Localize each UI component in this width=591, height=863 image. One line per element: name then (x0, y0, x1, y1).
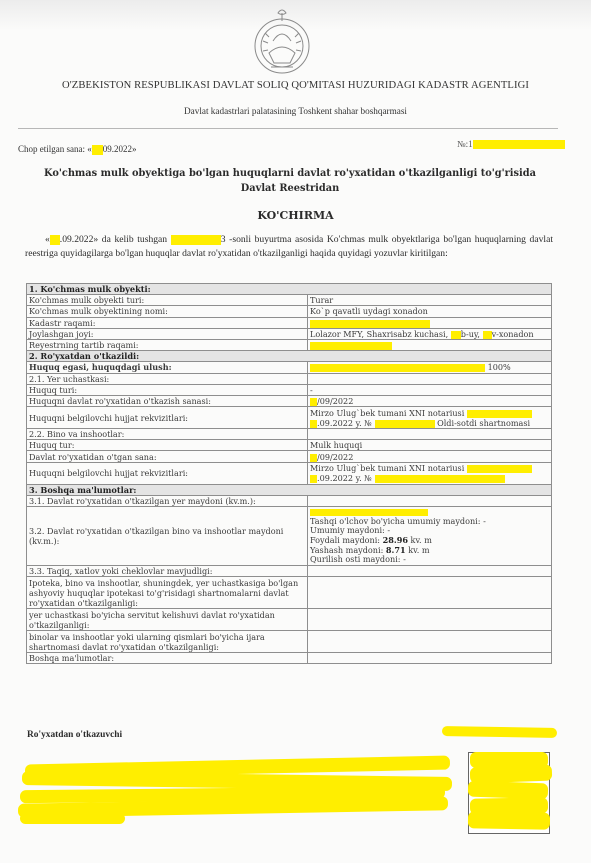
table-row: Huquqni belgilovchi hujjat rekvizitlari:… (27, 407, 552, 429)
redaction (171, 235, 221, 245)
redaction (92, 145, 103, 155)
document-number: №:1 (457, 139, 565, 149)
document-type: KO'CHIRMA (0, 209, 591, 222)
redaction (310, 342, 392, 350)
table-row: Huquq turi:- (27, 384, 552, 395)
section-header: 2. Ro'yxatdan o'tkazildi: (27, 351, 552, 362)
table-row: 3.1. Davlat ro'yxatidan o'tkazilgan yer … (27, 495, 552, 506)
table-row: Davlat ro'yxatidan o'tgan sana:/09/2022 (27, 451, 552, 462)
table-row: Joylashgan joyi: Lolazor MFY, Shaxrisabz… (27, 328, 552, 339)
redaction (468, 811, 550, 829)
table-row: Ko'chmas mulk obyektining nomi:Ko`p qava… (27, 306, 552, 317)
table-row: Huquq egasi, huquqdagi ulush: 100% (27, 362, 552, 373)
redaction (310, 509, 428, 516)
useful-area-value: 28.96 (383, 535, 408, 545)
redaction (310, 398, 317, 406)
table-row: Ipoteka, bino va inshootlar, shuningdek,… (27, 577, 552, 609)
table-row: Boshqa ma'lumotlar: (27, 653, 552, 664)
registrar-label: Ro'yxatdan o'tkazuvchi (27, 730, 122, 740)
owner-share: 100% (488, 362, 511, 372)
table-row: Huquqni davlat ro'yxatidan o'tkazish san… (27, 395, 552, 406)
print-date-value: 09.2022» (103, 144, 137, 154)
redaction (310, 320, 430, 328)
table-row: Huquq tur:Mulk huquqi (27, 440, 552, 451)
section-header: 1. Ko'chmas mulk obyekti: (27, 284, 552, 295)
state-emblem-icon (251, 5, 313, 77)
table-row: yer uchastkasi bo'yicha servitut kelishu… (27, 609, 552, 631)
redaction (451, 331, 461, 339)
table-row: Ko'chmas mulk obyekti turi:Turar (27, 295, 552, 306)
redaction (310, 454, 317, 462)
redaction (375, 475, 505, 483)
table-row: 2.2. Bino va inshootlar: (27, 429, 552, 440)
owner-value: 100% (308, 362, 552, 373)
intro-date: .09.2022» da kelib tushgan (60, 234, 167, 245)
redaction (310, 475, 317, 483)
table-row: Huquqni belgilovchi hujjat rekvizitlari:… (27, 462, 552, 484)
document-page: O'ZBEKISTON RESPUBLIKASI DAVLAT SOLIQ QO… (0, 0, 591, 863)
print-date-label: Chop etilgan sana: « (18, 144, 92, 154)
redaction (442, 726, 557, 738)
table-row: 3.3. Taqiq, xatlov yoki cheklovlar mavju… (27, 566, 552, 577)
redaction (310, 420, 317, 428)
living-area-value: 8.71 (386, 545, 406, 555)
table-row: Reyestrning tartib raqami: (27, 339, 552, 350)
intro-paragraph: «.09.2022» da kelib tushgan 3 -sonli buy… (25, 233, 553, 261)
table-row: Kadastr raqami: (27, 317, 552, 328)
registry-table: 1. Ko'chmas mulk obyekti: Ko'chmas mulk … (26, 283, 552, 664)
redaction (20, 813, 125, 824)
redaction (467, 410, 532, 418)
branch-name: Davlat kadastrlari palatasining Toshkent… (0, 106, 591, 116)
redaction (375, 420, 435, 428)
table-row: 3.2. Davlat ro'yxatidan o'tkazilgan bino… (27, 507, 552, 566)
section-header: 3. Boshqa ma'lumotlar: (27, 484, 552, 495)
document-number-label: №:1 (457, 139, 473, 149)
redaction (50, 235, 60, 245)
redaction (483, 331, 492, 339)
order-number-suffix: 3 (221, 234, 226, 245)
document-title: Ko'chmas mulk obyektiga bo'lgan huquqlar… (30, 166, 550, 196)
redaction (467, 465, 532, 473)
table-row: 2.1. Yer uchastkasi: (27, 373, 552, 384)
redaction (473, 140, 565, 149)
address-value: Lolazor MFY, Shaxrisabz kuchasi, b-uy, v… (308, 328, 552, 339)
print-date: Chop etilgan sana: «09.2022» (18, 144, 137, 155)
agency-name: O'ZBEKISTON RESPUBLIKASI DAVLAT SOLIQ QO… (0, 80, 591, 91)
table-row: binolar va inshootlar yoki ularning qism… (27, 631, 552, 653)
building-area-value: Tashqi o'lchov bo'yicha umumiy maydoni: … (308, 507, 552, 566)
header-divider (18, 128, 558, 129)
redaction (310, 364, 485, 372)
